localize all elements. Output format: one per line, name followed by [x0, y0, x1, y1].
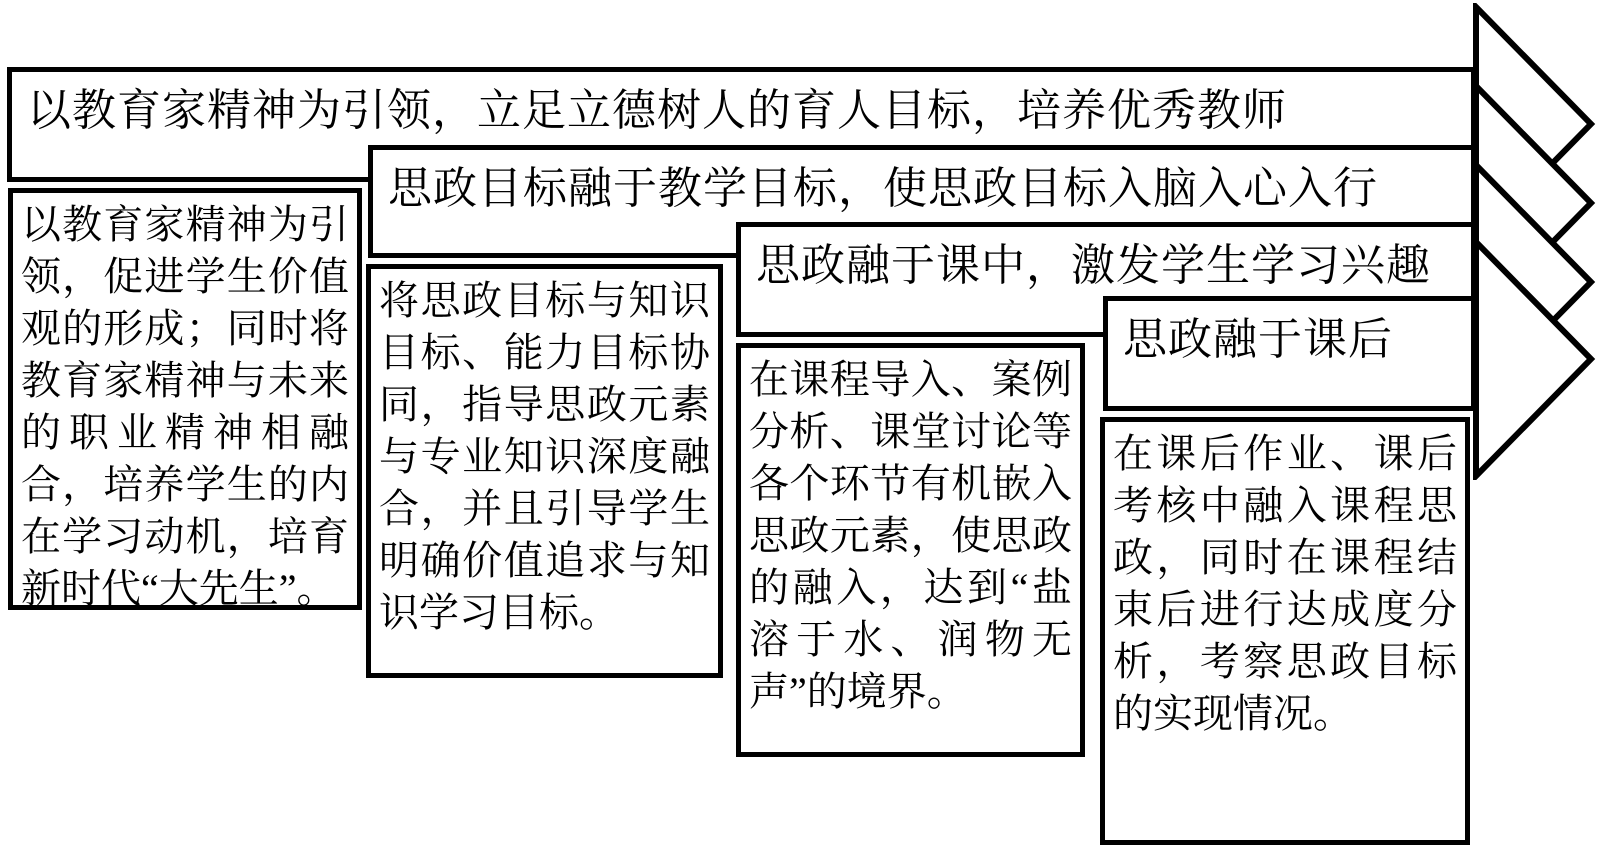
- banner-title-3: 思政融于课中，激发学生学习兴趣: [741, 227, 1471, 290]
- description-box-1: 以教育家精神为引领，促进学生价值观的形成；同时将教育家精神与未来的职业精神相融合…: [8, 188, 362, 610]
- description-box-3: 在课程导入、案例分析、课堂讨论等各个环节有机嵌入思政元素，使思政的融入，达到“盐…: [736, 343, 1085, 757]
- banner-bar-4: 思政融于课后: [1103, 296, 1476, 411]
- right-chevron-arrow-icon: [1472, 238, 1596, 480]
- banner-title-1: 以教育家精神为引领，立足立德树人的育人目标，培养优秀教师: [12, 72, 1471, 135]
- flowchart-diagram: 以教育家精神为引领，立足立德树人的育人目标，培养优秀教师 思政目标融于教学目标，…: [0, 0, 1600, 849]
- description-box-4: 在课后作业、课后考核中融入课程思政，同时在课程结束后进行达成度分析，考察思政目标…: [1100, 417, 1470, 845]
- banner-title-2: 思政目标融于教学目标，使思政目标入脑入心入行: [373, 150, 1471, 213]
- banner-title-4: 思政融于课后: [1108, 301, 1471, 364]
- description-box-2: 将思政目标与知识目标、能力目标协同，指导思政元素与专业知识深度融合，并且引导学生…: [366, 264, 723, 678]
